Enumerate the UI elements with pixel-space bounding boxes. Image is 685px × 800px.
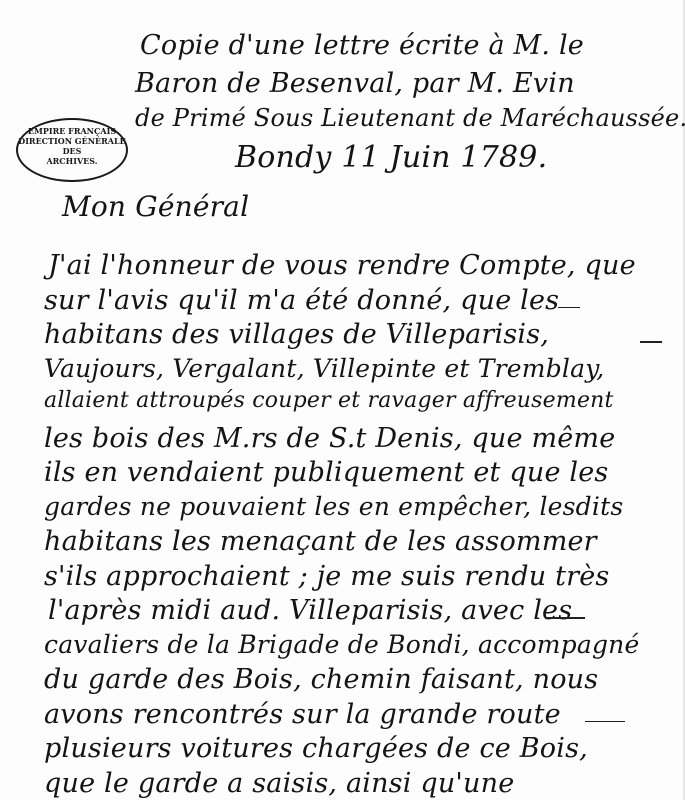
stamp-line: DIRECTION GÉNÉRALE	[18, 136, 126, 146]
body-line: plusieurs voitures chargées de ce Bois,	[44, 733, 588, 764]
line-filler-dash	[558, 307, 580, 309]
body-line: allaient attroupés couper et ravager aff…	[44, 388, 614, 413]
stamp-line: ARCHIVES.	[18, 156, 126, 166]
body-line: s'ils approchaient ; je me suis rendu tr…	[44, 561, 609, 592]
body-line: sur l'avis qu'il m'a été donné, que les	[44, 285, 559, 316]
body-line: habitans les menaçant de les assommer	[44, 526, 597, 557]
body-line: J'ai l'honneur de vous rendre Compte, qu…	[48, 250, 636, 281]
header-date: Bondy 11 Juin 1789.	[235, 140, 547, 175]
body-line: gardes ne pouvaient les en empêcher, les…	[44, 492, 623, 521]
body-line: l'après midi aud. Villeparisis, avec les	[48, 595, 572, 626]
line-filler-dash	[640, 341, 662, 343]
body-line: avons rencontrés sur la grande route	[44, 699, 561, 730]
body-line: ils en vendaient publiquement et que les	[44, 457, 609, 488]
body-line: du garde des Bois, chemin faisant, nous	[44, 664, 598, 695]
letter-page: EMPIRE FRANÇAIS DIRECTION GÉNÉRALE DES A…	[0, 0, 685, 800]
body-line: habitans des villages de Villeparisis,	[44, 319, 549, 350]
body-line: que le garde a saisis, ainsi qu'une	[44, 768, 514, 799]
stamp-line: EMPIRE FRANÇAIS	[18, 126, 126, 136]
body-line: Vaujours, Vergalant, Villepinte et Tremb…	[44, 354, 604, 383]
stamp-line: DES	[18, 146, 126, 156]
line-filler-dash	[545, 617, 585, 619]
body-line: les bois des M.rs de S.t Denis, que même	[44, 423, 615, 454]
header-line-2: Baron de Besenval, par M. Evin	[135, 68, 575, 99]
header-line-3: de Primé Sous Lieutenant de Maréchaussée…	[135, 104, 685, 132]
body-line: cavaliers de la Brigade de Bondi, accomp…	[44, 630, 639, 659]
archives-stamp: EMPIRE FRANÇAIS DIRECTION GÉNÉRALE DES A…	[16, 118, 128, 182]
line-filler-dash	[585, 721, 625, 723]
salutation: Mon Général	[62, 190, 249, 223]
header-line-1: Copie d'une lettre écrite à M. le	[140, 30, 584, 61]
